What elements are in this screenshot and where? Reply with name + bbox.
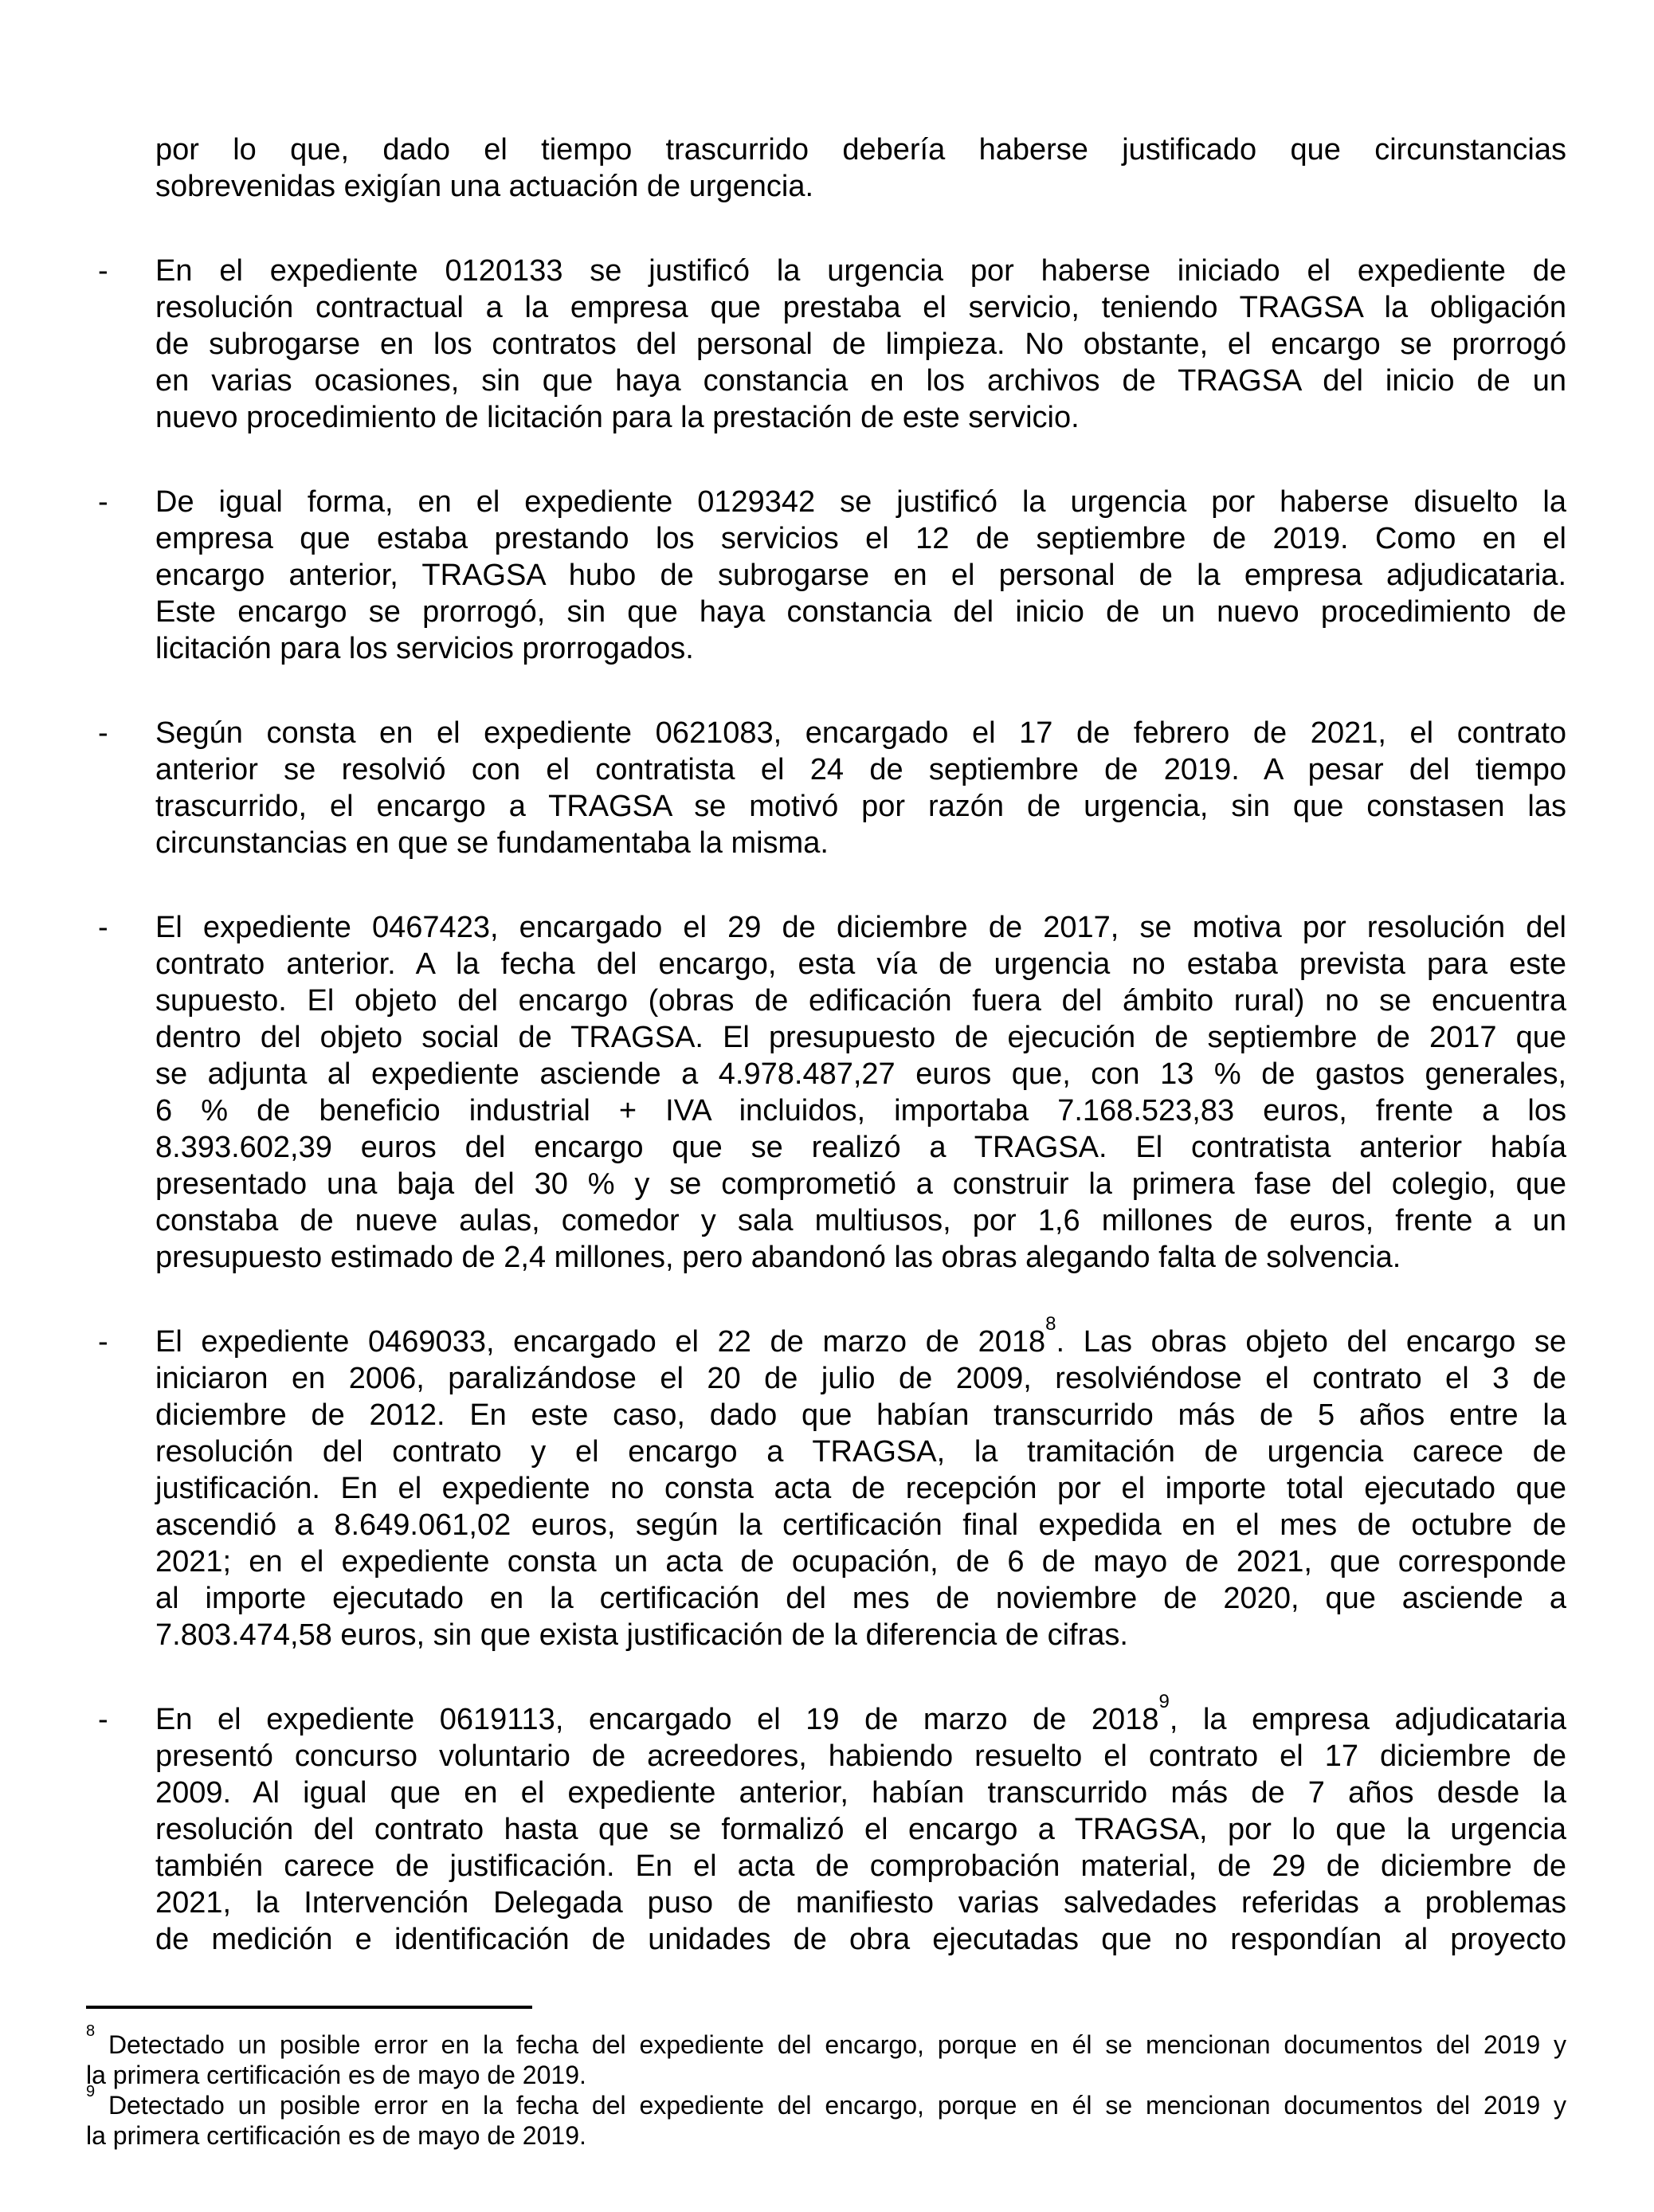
text-line: trascurrido, el encargo a TRAGSA se moti… [155, 788, 1566, 825]
bullet-paragraph: -En el expediente 0120133 se justificó l… [155, 253, 1566, 436]
text-line: al importe ejecutado en la certificación… [155, 1580, 1566, 1617]
text-line: En el expediente 0619113, encargado el 1… [155, 1701, 1566, 1738]
footnote-reference: 9 [86, 2083, 95, 2100]
text-line: anterior se resolvió con el contratista … [155, 751, 1566, 788]
text-line: 2021; en el expediente consta un acta de… [155, 1543, 1566, 1580]
text-line: presentado una baja del 30 % y se compro… [155, 1166, 1566, 1202]
text-line: por lo que, dado el tiempo trascurrido d… [155, 131, 1566, 168]
text-line: resolución del contrato y el encargo a T… [155, 1433, 1566, 1470]
footnote-line: 8 Detectado un posible error en la fecha… [86, 2030, 1566, 2060]
footnotes-section: 8 Detectado un posible error en la fecha… [86, 2030, 1566, 2151]
text-line: dentro del objeto social de TRAGSA. El p… [155, 1019, 1566, 1056]
text-line: de medición e identificación de unidades… [155, 1921, 1566, 1958]
text-line: 8.393.602,39 euros del encargo que se re… [155, 1129, 1566, 1166]
footnote: 9 Detectado un posible error en la fecha… [86, 2090, 1566, 2151]
text-line: 2021, la Intervención Delegada puso de m… [155, 1885, 1566, 1921]
text-line: también carece de justificación. En el a… [155, 1848, 1566, 1885]
text-line: 7.803.474,58 euros, sin que exista justi… [155, 1617, 1566, 1653]
text-line: supuesto. El objeto del encargo (obras d… [155, 982, 1566, 1019]
text-line: de subrogarse en los contratos del perso… [155, 326, 1566, 363]
bullet-dash: - [98, 715, 108, 751]
text-line: sobrevenidas exigían una actuación de ur… [155, 168, 1566, 205]
bullet-paragraph: -El expediente 0467423, encargado el 29 … [155, 909, 1566, 1276]
text-line: Según consta en el expediente 0621083, e… [155, 715, 1566, 751]
footnote-line: la primera certificación es de mayo de 2… [86, 2120, 1566, 2151]
bullet-dash: - [98, 253, 108, 289]
text-line: Este encargo se prorrogó, sin que haya c… [155, 594, 1566, 630]
bullet-dash: - [98, 1324, 108, 1360]
text-line: constaba de nueve aulas, comedor y sala … [155, 1202, 1566, 1239]
text-line: El expediente 0469033, encargado el 22 d… [155, 1324, 1566, 1360]
text-line: 2009. Al igual que en el expediente ante… [155, 1775, 1566, 1811]
bullet-dash: - [98, 484, 108, 520]
text-line: nuevo procedimiento de licitación para l… [155, 399, 1566, 436]
bullet-dash: - [98, 909, 108, 946]
bullet-paragraph: -De igual forma, en el expediente 012934… [155, 484, 1566, 667]
bullet-paragraph: -En el expediente 0619113, encargado el … [155, 1701, 1566, 1958]
bullet-paragraph: -El expediente 0469033, encargado el 22 … [155, 1324, 1566, 1653]
text-line: empresa que estaba prestando los servici… [155, 520, 1566, 557]
text-line: El expediente 0467423, encargado el 29 d… [155, 909, 1566, 946]
footnote-line: la primera certificación es de mayo de 2… [86, 2060, 1566, 2090]
text-line: iniciaron en 2006, paralizándose el 20 d… [155, 1360, 1566, 1397]
text-line: diciembre de 2012. En este caso, dado qu… [155, 1397, 1566, 1433]
text-line: resolución del contrato hasta que se for… [155, 1811, 1566, 1848]
text-line: justificación. En el expediente no const… [155, 1470, 1566, 1507]
document-body: por lo que, dado el tiempo trascurrido d… [155, 131, 1566, 1958]
footnote-reference: 8 [86, 2022, 95, 2040]
text-line: se adjunta al expediente asciende a 4.97… [155, 1056, 1566, 1092]
text-line: licitación para los servicios prorrogado… [155, 630, 1566, 667]
text-line: presentó concurso voluntario de acreedor… [155, 1738, 1566, 1775]
text-line: circunstancias en que se fundamentaba la… [155, 825, 1566, 861]
footnote: 8 Detectado un posible error en la fecha… [86, 2030, 1566, 2090]
footnote-separator [86, 2006, 532, 2009]
footnote-line: 9 Detectado un posible error en la fecha… [86, 2090, 1566, 2120]
bullet-dash: - [98, 1701, 108, 1738]
text-line: en varias ocasiones, sin que haya consta… [155, 363, 1566, 399]
footnote-reference: 9 [1158, 1691, 1169, 1712]
text-line: ascendió a 8.649.061,02 euros, según la … [155, 1507, 1566, 1543]
paragraph: por lo que, dado el tiempo trascurrido d… [155, 131, 1566, 205]
text-line: 6 % de beneficio industrial + IVA inclui… [155, 1092, 1566, 1129]
text-line: contrato anterior. A la fecha del encarg… [155, 946, 1566, 982]
bullet-paragraph: -Según consta en el expediente 0621083, … [155, 715, 1566, 861]
footnote-reference: 8 [1045, 1313, 1056, 1335]
document-page: por lo que, dado el tiempo trascurrido d… [0, 0, 1654, 2212]
text-line: presupuesto estimado de 2,4 millones, pe… [155, 1239, 1566, 1276]
text-line: encargo anterior, TRAGSA hubo de subroga… [155, 557, 1566, 594]
text-line: resolución contractual a la empresa que … [155, 289, 1566, 326]
text-line: De igual forma, en el expediente 0129342… [155, 484, 1566, 520]
text-line: En el expediente 0120133 se justificó la… [155, 253, 1566, 289]
